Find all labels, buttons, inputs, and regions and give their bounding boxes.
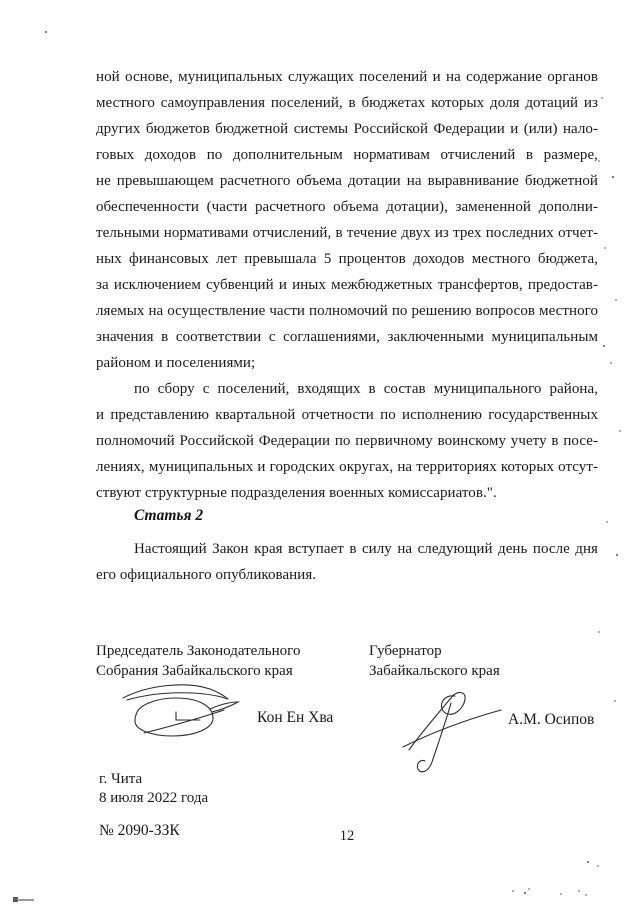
text-line: говых доходов по дополнительным норматив… (96, 142, 598, 168)
text-line: местного самоуправления поселений, в бюд… (96, 90, 598, 116)
chairman-name: Кон Ен Хва (257, 709, 333, 727)
footer-date: 8 июля 2022 года (99, 790, 208, 807)
text-line: и представлению квартальной отчетности п… (96, 402, 598, 428)
scan-noise-dot (578, 890, 580, 892)
chairman-title-line1: Председатель Законодательного (96, 641, 300, 661)
article-2-text-block: Настоящий Закон края вступает в силу на … (96, 536, 598, 588)
scan-noise-dot (528, 888, 530, 890)
chairman-title: Председатель Законодательного Собрания З… (96, 641, 300, 681)
text-line: по сбору с поселений, входящих в состав … (96, 376, 598, 402)
text-line: лениях, муниципальных и городских округа… (96, 454, 598, 480)
scan-noise-dot (560, 893, 562, 895)
chairman-title-line2: Собрания Забайкальского края (96, 661, 300, 681)
text-line: районом и поселениями; (96, 350, 598, 376)
governor-name: А.М. Осипов (508, 711, 594, 729)
text-line: ных финансовых лет превышала 5 процентов… (96, 246, 598, 272)
scan-noise-dot (598, 631, 600, 633)
text-line: Настоящий Закон края вступает в силу на … (96, 536, 598, 562)
scan-noise-dot (597, 865, 599, 867)
scan-noise-dot (587, 861, 589, 863)
article-2-heading: Статья 2 (134, 507, 203, 525)
text-line: полномочий Российской Федерации по перви… (96, 428, 598, 454)
chairman-signature-icon (120, 679, 242, 745)
text-line: тельными нормативами отчислений, в течен… (96, 220, 598, 246)
scan-noise-dot (524, 892, 526, 894)
scan-corner-mark-line (17, 899, 34, 901)
text-line: его официального опубликования. (96, 562, 598, 588)
scan-noise-dot (598, 160, 600, 162)
scan-noise-dot (612, 176, 614, 178)
scan-noise-dot (615, 299, 617, 301)
text-line: ляемых на осуществление части полномочий… (96, 298, 598, 324)
footer-city: г. Чита (99, 771, 142, 788)
scan-noise-dot (604, 247, 606, 249)
text-line: ствуют структурные подразделения военных… (96, 480, 598, 506)
text-line: ной основе, муниципальных служащих посел… (96, 64, 598, 90)
body-text-block: ной основе, муниципальных служащих посел… (96, 64, 598, 506)
governor-signature-icon (391, 676, 509, 780)
scan-noise-dot (619, 430, 621, 432)
text-line: за исключением субвенций и иных межбюдже… (96, 272, 598, 298)
document-page: ной основе, муниципальных служащих посел… (0, 0, 640, 905)
text-line: значения в соответствии с соглашениями, … (96, 324, 598, 350)
governor-title-line1: Губернатор (369, 641, 500, 661)
scan-noise-dot (616, 554, 618, 556)
text-line: не превышающем расчетного объема дотации… (96, 168, 598, 194)
text-line: других бюджетов бюджетной системы Россий… (96, 116, 598, 142)
scan-noise-dot (45, 31, 47, 33)
scan-noise-dot (614, 700, 616, 702)
governor-title: Губернатор Забайкальского края (369, 641, 500, 681)
scan-noise-dot (585, 894, 587, 896)
scan-noise-dot (610, 362, 612, 364)
scan-noise-dot (603, 345, 605, 347)
text-line: обеспеченности (части расчетного объема … (96, 194, 598, 220)
scan-noise-dot (512, 890, 514, 892)
scan-noise-dot (601, 97, 603, 99)
page-number: 12 (96, 828, 598, 845)
scan-noise-dot (606, 521, 608, 523)
